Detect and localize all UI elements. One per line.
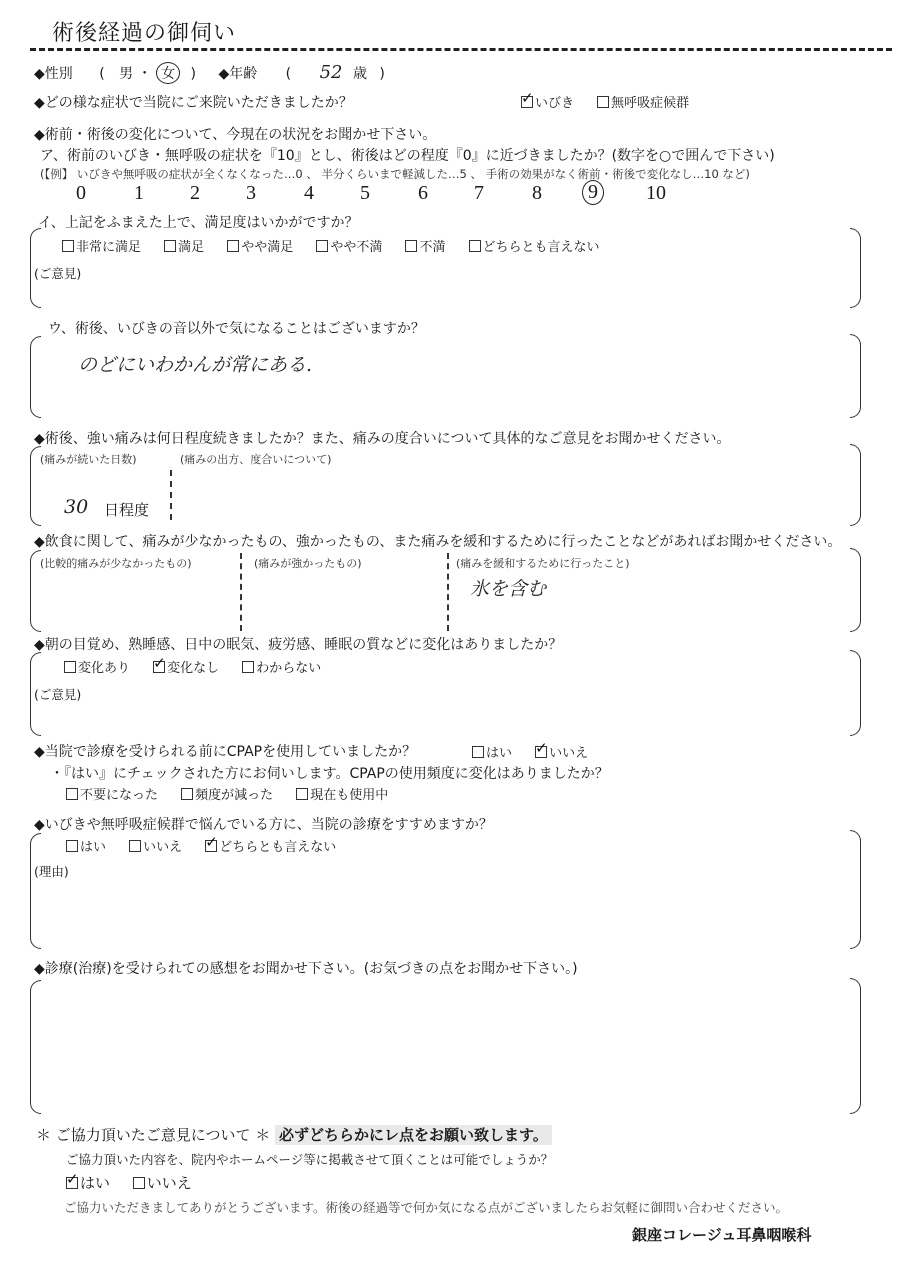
sleep-option-unknown[interactable]: わからない [242, 657, 321, 676]
recommend-options: はい いいえ どちらとも言えない [66, 836, 354, 855]
checkbox-icon[interactable] [405, 240, 417, 252]
checkbox-checked-icon[interactable] [66, 1177, 78, 1189]
symptom-question: ◆どの様な症状で当院にご来院いただきましたか？ [34, 92, 353, 112]
consent-question: ご協力頂いた内容を、院内やホームページ等に掲載させて頂くことは可能でしょうか？ [66, 1150, 553, 1168]
consent-option-yes[interactable]: はい [66, 1172, 110, 1193]
recommend-question: ◆いびきや無呼吸症候群で悩んでいる方に、当院の診療をすすめますか？ [34, 814, 493, 834]
food-col1-label: (比較的痛みが少なかったもの) [40, 555, 192, 571]
pain-days-label: (痛みが続いた日数) [40, 451, 137, 467]
sleep-option-no-change[interactable]: 変化なし [153, 657, 219, 676]
scale-2[interactable]: 2 [190, 182, 200, 205]
recommend-option-yes[interactable]: はい [66, 836, 106, 855]
scale-6[interactable]: 6 [418, 182, 428, 205]
food-col3-field[interactable]: 氷を含む [470, 574, 546, 601]
food-col2-field[interactable] [252, 572, 442, 626]
checkbox-icon[interactable] [66, 788, 78, 800]
checkbox-checked-icon[interactable] [521, 96, 533, 108]
food-col1-field[interactable] [44, 572, 234, 626]
symptom-option-snoring[interactable]: いびき [521, 92, 574, 111]
scale-1[interactable]: 1 [134, 182, 144, 205]
divider-dashed [240, 553, 242, 631]
bracket-right [850, 830, 861, 949]
sleep-question: ◆朝の目覚め、熟睡感、日中の眠気、疲労感、睡眠の質などに変化はありましたか？ [34, 634, 562, 654]
scale-8[interactable]: 8 [532, 182, 542, 205]
divider-dashed [170, 470, 172, 520]
bracket-right [850, 228, 861, 308]
satisfaction-option-somewhat-satisfied[interactable]: やや満足 [227, 236, 293, 255]
satisfaction-options: 非常に満足 満足 やや満足 やや不満 不満 どちらとも言えない [62, 236, 618, 255]
satisfaction-option-neutral[interactable]: どちらとも言えない [469, 236, 600, 255]
gender-option-male[interactable]: 男 [119, 66, 133, 82]
cpap-followup-option-still-using[interactable]: 現在も使用中 [296, 784, 388, 803]
recommend-reason-field[interactable] [40, 880, 840, 942]
satisfaction-option-satisfied[interactable]: 満足 [164, 236, 204, 255]
gender-label: ◆性別 [34, 66, 73, 82]
recommend-option-no[interactable]: いいえ [129, 836, 182, 855]
scale-3[interactable]: 3 [246, 182, 256, 205]
pain-detail-field[interactable] [182, 470, 842, 520]
checkbox-checked-icon[interactable] [153, 661, 165, 673]
satisfaction-option-somewhat-dissatisfied[interactable]: やや不満 [316, 236, 382, 255]
sleep-opinion-label: (ご意見) [34, 685, 81, 703]
consent-heading: ＊ ご協力頂いたご意見について ＊ [36, 1126, 270, 1144]
bracket-right [850, 978, 861, 1114]
bracket-right [850, 548, 861, 632]
recommend-option-neutral[interactable]: どちらとも言えない [205, 836, 336, 855]
pain-question: ◆術後、強い痛みは何日程度続きましたか？また、痛みの度合いについて具体的なご意見… [34, 428, 730, 448]
bracket-right [850, 650, 861, 736]
sleep-options: 変化あり 変化なし わからない [64, 657, 339, 676]
checkbox-icon[interactable] [164, 240, 176, 252]
satisfaction-option-very-satisfied[interactable]: 非常に満足 [62, 236, 141, 255]
gender-option-female[interactable]: 女 [156, 62, 180, 84]
checkbox-icon[interactable] [472, 746, 484, 758]
checkbox-checked-icon[interactable] [205, 840, 217, 852]
pain-detail-label: (痛みの出方、度合いについて) [180, 451, 331, 467]
bracket-left [30, 980, 41, 1114]
age-unit: 歳 [353, 66, 367, 82]
sleep-opinion-field[interactable] [40, 702, 840, 728]
cpap-followup-option-reduced[interactable]: 頻度が減った [181, 784, 273, 803]
checkbox-icon[interactable] [316, 240, 328, 252]
checkbox-icon[interactable] [597, 96, 609, 108]
symptom-option-apnea[interactable]: 無呼吸症候群 [597, 92, 689, 111]
pain-days-field[interactable]: 30 [64, 496, 88, 518]
food-question: ◆飲食に関して、痛みが少なかったもの、強かったもの、また痛みを緩和するために行っ… [34, 531, 841, 551]
recommend-reason-label: (理由) [34, 862, 69, 880]
checkbox-checked-icon[interactable] [535, 746, 547, 758]
other-concern-answer[interactable]: のどにいわかんが常にある. [78, 350, 312, 377]
age-label: ◆年齢 [218, 66, 257, 82]
bracket-right [850, 444, 861, 526]
cpap-followup: ・『はい』にチェックされた方にお伺いします。CPAPの使用頻度に変化はありました… [50, 763, 609, 783]
satisfaction-question: イ、上記をふまえた上で、満足度はいかがですか？ [38, 212, 358, 232]
clinic-name: 銀座コレージュ耳鼻咽喉科 [632, 1224, 811, 1245]
cpap-followup-option-unneeded[interactable]: 不要になった [66, 784, 158, 803]
checkbox-icon[interactable] [242, 661, 254, 673]
cpap-question: ◆当院で診療を受けられる前にCPAPを使用していましたか？ [34, 741, 416, 761]
consent-options: はい いいえ [66, 1172, 210, 1193]
checkbox-icon[interactable] [64, 661, 76, 673]
cpap-option-no[interactable]: いいえ [535, 742, 588, 761]
scale-5[interactable]: 5 [360, 182, 370, 205]
scale-0[interactable]: 0 [76, 182, 86, 205]
checkbox-icon[interactable] [133, 1177, 145, 1189]
bracket-left [30, 336, 41, 418]
satisfaction-opinion-field[interactable] [40, 280, 840, 304]
pain-days-unit: 日程度 [104, 499, 149, 520]
checkbox-icon[interactable] [129, 840, 141, 852]
change-sub-a: ア、術前のいびき・無呼吸の症状を『10』とし、術後はどの程度『0』に近づきました… [40, 145, 775, 165]
change-question: ◆術前・術後の変化について、今現在の状況をお聞かせ下さい。 [34, 124, 436, 144]
footer-thanks: ご協力いただきましてありがとうございます。術後の経過等で何か気になる点がございま… [64, 1198, 788, 1216]
divider-dashed [447, 553, 449, 631]
cpap-followup-options: 不要になった 頻度が減った 現在も使用中 [66, 784, 406, 803]
checkbox-icon[interactable] [227, 240, 239, 252]
bracket-right [850, 334, 861, 418]
cpap-options: はい いいえ [472, 742, 606, 761]
title-divider [30, 48, 892, 51]
consent-heading-emphasis: 必ずどちらかにレ点をお願い致します。 [275, 1125, 552, 1145]
consent-option-no[interactable]: いいえ [133, 1172, 192, 1193]
page-title: 術後経過の御伺い [52, 16, 236, 47]
food-col2-label: (痛みが強かったもの) [254, 555, 362, 571]
checkbox-icon[interactable] [296, 788, 308, 800]
checkbox-icon[interactable] [62, 240, 74, 252]
change-example: (【例】 いびきや無呼吸の症状が全くなくなった…0 、 半分くらいまで軽減した…… [40, 166, 750, 182]
sleep-option-changed[interactable]: 変化あり [64, 657, 130, 676]
checkbox-icon[interactable] [469, 240, 481, 252]
scale-9-selected[interactable]: 9 [582, 180, 604, 205]
scale-4[interactable]: 4 [304, 182, 314, 205]
scale-10[interactable]: 10 [646, 182, 666, 205]
age-field[interactable]: 52 [320, 62, 343, 83]
checkbox-icon[interactable] [181, 788, 193, 800]
food-col3-label: (痛みを緩和するために行ったこと) [456, 555, 630, 571]
other-concern-question: ウ、術後、いびきの音以外で気になることはございますか？ [48, 318, 425, 338]
impression-field[interactable] [44, 986, 844, 1106]
checkbox-icon[interactable] [66, 840, 78, 852]
symptom-options: いびき 無呼吸症候群 [521, 92, 707, 111]
scale-7[interactable]: 7 [474, 182, 484, 205]
impression-question: ◆診療(治療)を受けられての感想をお聞かせ下さい。(お気づきの点をお聞かせ下さい… [34, 958, 578, 978]
consent-heading-row: ＊ ご協力頂いたご意見について ＊ 必ずどちらかにレ点をお願い致します。 [36, 1124, 552, 1145]
satisfaction-option-dissatisfied[interactable]: 不満 [405, 236, 445, 255]
gender-row: ◆性別 ( 男 ・ 女 ) ◆年齢 ( 52 歳 ) [34, 62, 385, 84]
cpap-option-yes[interactable]: はい [472, 742, 512, 761]
